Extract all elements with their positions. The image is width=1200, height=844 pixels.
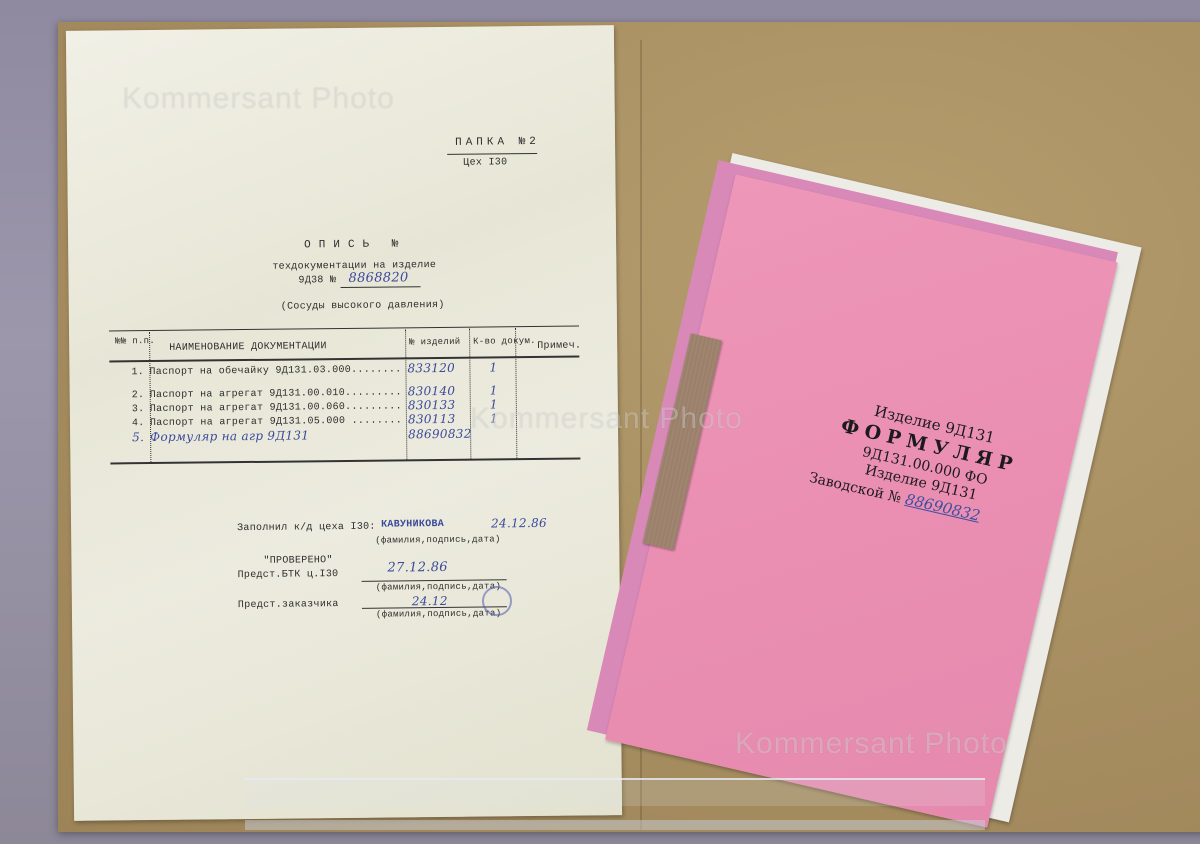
product-prefix: 9Д38 № bbox=[298, 275, 336, 286]
checked-by: Предст.БТК ц.I30 bbox=[238, 569, 339, 581]
customer-label: Предст.заказчика bbox=[238, 599, 339, 611]
product-number: 8868820 bbox=[348, 270, 408, 286]
table-border bbox=[110, 458, 580, 465]
filled-by-label: Заполнил к/д цеха I30: bbox=[237, 522, 376, 534]
table-header-item-no: № изделий bbox=[409, 337, 460, 348]
table-header-name: НАИМЕНОВАНИЕ ДОКУМЕНТАЦИИ bbox=[169, 341, 327, 354]
checked-label: "ПРОВЕРЕНО" bbox=[263, 555, 332, 567]
divider bbox=[341, 286, 421, 288]
signature-caption: (фамилия,подпись,дата) bbox=[376, 608, 502, 619]
shop-label: Цех I30 bbox=[463, 157, 507, 168]
filled-date: 24.12.86 bbox=[491, 516, 547, 531]
table-column-divider bbox=[515, 328, 517, 458]
table-header-num: №№ п.п. bbox=[115, 336, 155, 346]
acrylic-stand bbox=[245, 778, 985, 806]
watermark: Kommersant Photo bbox=[470, 402, 743, 436]
divider bbox=[447, 153, 537, 155]
table-border bbox=[109, 326, 579, 332]
table-header-note: Примеч. bbox=[537, 341, 581, 352]
round-stamp bbox=[482, 586, 512, 616]
checked-date: 27.12.86 bbox=[387, 560, 447, 576]
folder-label: ПАПКА №2 bbox=[455, 136, 540, 149]
document-description: (Сосуды высокого давления) bbox=[281, 300, 445, 313]
table-header-qty: К-во докум. bbox=[473, 336, 536, 347]
document-title: ОПИСЬ № bbox=[304, 238, 406, 251]
signature-caption: (фамилия,подпись,дата) bbox=[376, 581, 502, 592]
filled-by-stamp: КАВУНИКОВА bbox=[381, 519, 444, 531]
watermark: Kommersant Photo bbox=[122, 82, 395, 116]
signature-caption: (фамилия,подпись,дата) bbox=[375, 534, 501, 545]
table-border bbox=[109, 356, 579, 363]
booklet-cover-text: Изделие 9Д131 ФОРМУЛЯР 9Д131.00.000 ФО И… bbox=[788, 386, 1063, 539]
acrylic-stand-base bbox=[245, 820, 985, 830]
watermark: Kommersant Photo bbox=[735, 727, 1008, 761]
